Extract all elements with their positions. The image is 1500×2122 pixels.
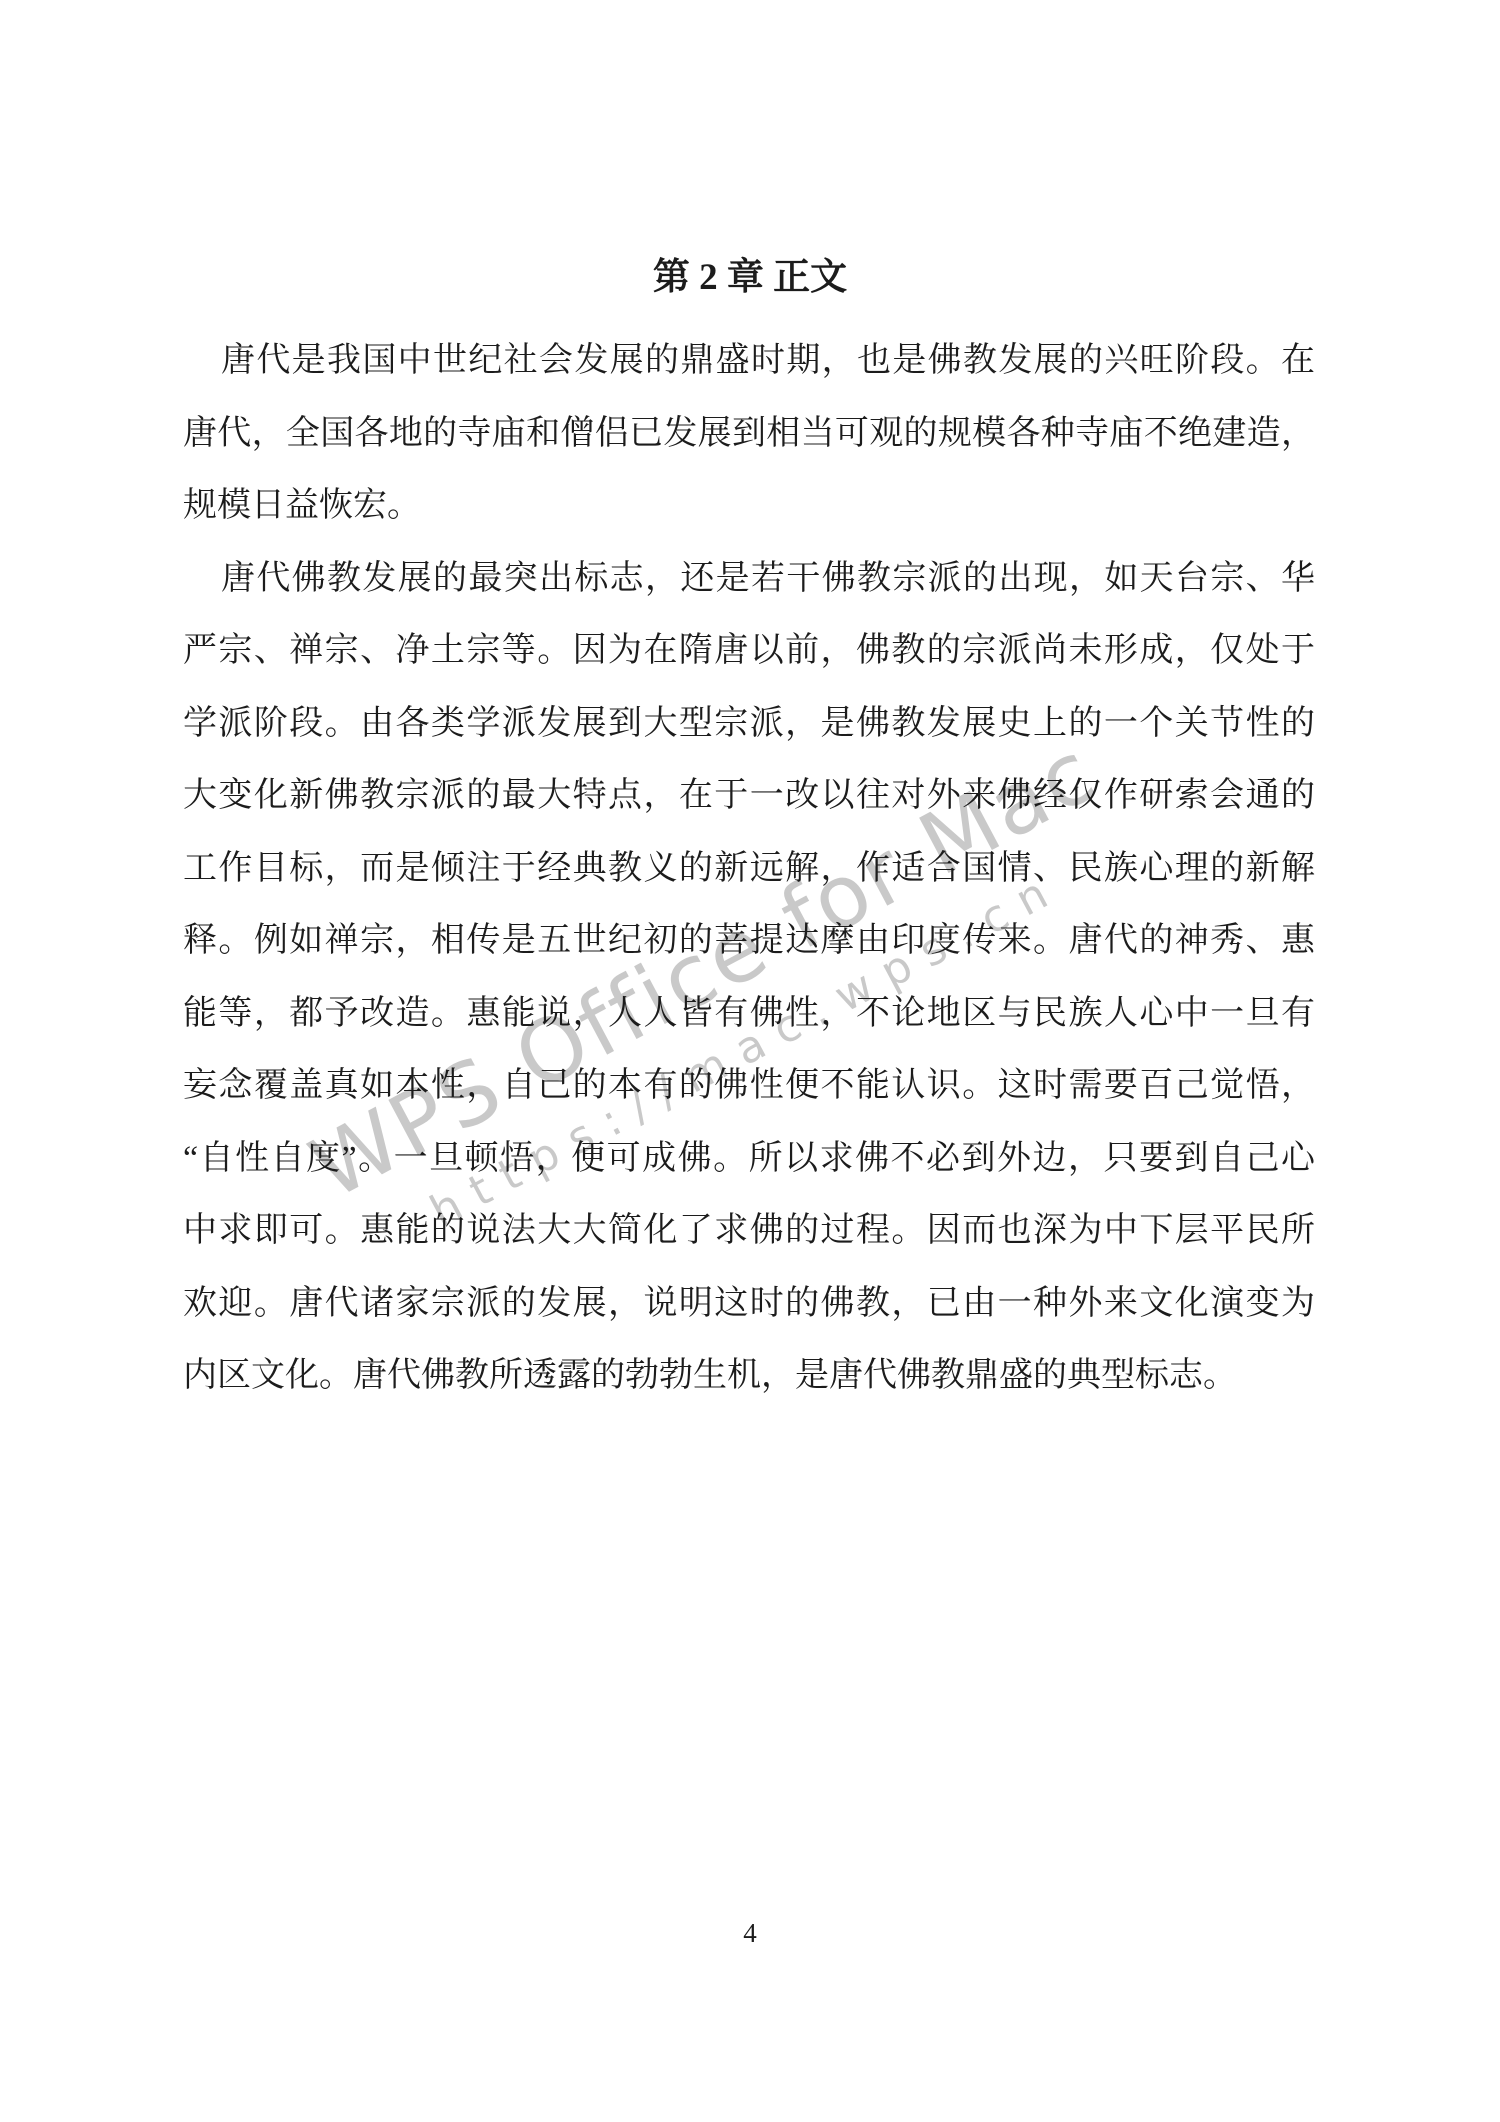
body-line: 严宗、禅宗、净土宗等。因为在隋唐以前，佛教的宗派尚未形成，仅处于 [183, 615, 1315, 688]
body-line: 唐代，全国各地的寺庙和僧侣已发展到相当可观的规模各种寺庙不绝建造， [183, 398, 1315, 471]
body-line: 妄念覆盖真如本性，自己的本有的佛性便不能认识。这时需要百己觉悟， [183, 1050, 1315, 1123]
body-line: 内区文化。唐代佛教所透露的勃勃生机，是唐代佛教鼎盛的典型标志。 [183, 1340, 1315, 1413]
body-line: 能等，都予改造。惠能说，人人皆有佛性，不论地区与民族人心中一旦有 [183, 978, 1315, 1051]
body-line: 唐代是我国中世纪社会发展的鼎盛时期，也是佛教发展的兴旺阶段。在 [183, 325, 1315, 398]
body-line: 学派阶段。由各类学派发展到大型宗派，是佛教发展史上的一个关节性的 [183, 688, 1315, 761]
body-line: 唐代佛教发展的最突出标志，还是若干佛教宗派的出现，如天台宗、华 [183, 543, 1315, 616]
page-number: 4 [0, 1918, 1500, 1949]
body-line: 欢迎。唐代诸家宗派的发展，说明这时的佛教，已由一种外来文化演变为 [183, 1268, 1315, 1341]
body-line: “自性自度”。一旦顿悟，便可成佛。所以求佛不必到外边，只要到自己心 [183, 1123, 1315, 1196]
body-line: 规模日益恢宏。 [183, 470, 1315, 543]
document-page: WPS Office for Mac https://mac.wps.cn 第 … [0, 0, 1500, 2122]
chapter-title: 第 2 章 正文 [0, 256, 1500, 300]
body-text: 唐代是我国中世纪社会发展的鼎盛时期，也是佛教发展的兴旺阶段。在 唐代，全国各地的… [183, 325, 1315, 1413]
body-line: 中求即可。惠能的说法大大简化了求佛的过程。因而也深为中下层平民所 [183, 1195, 1315, 1268]
body-line: 工作目标，而是倾注于经典教义的新远解，作适合国情、民族心理的新解 [183, 833, 1315, 906]
body-line: 大变化新佛教宗派的最大特点，在于一改以往对外来佛经仅作研索会通的 [183, 760, 1315, 833]
body-line: 释。例如禅宗，相传是五世纪初的菩提达摩由印度传来。唐代的神秀、惠 [183, 905, 1315, 978]
